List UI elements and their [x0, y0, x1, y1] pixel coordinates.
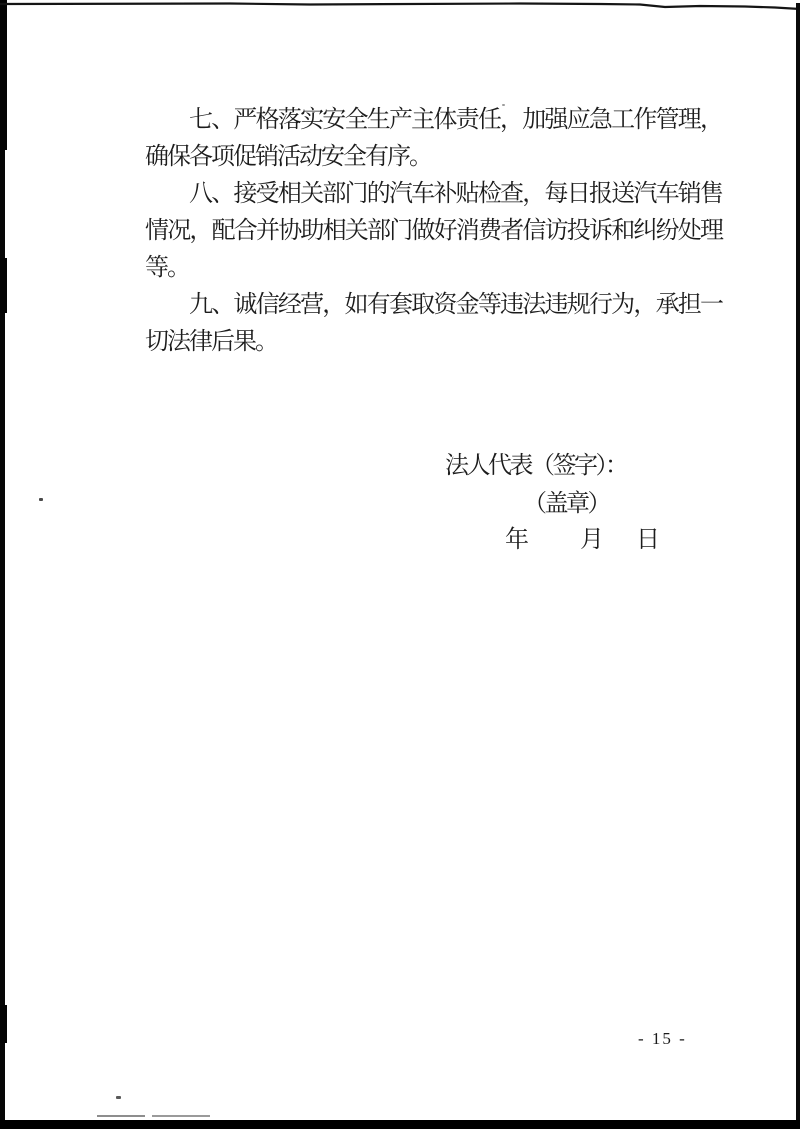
date-month-label: 月	[580, 527, 602, 553]
signature-seal-line: （盖章）	[523, 483, 609, 518]
page-number: - 15 -	[638, 1029, 687, 1049]
paragraph-item-9: 九、诚信经营，如有套取资金等违法违规行为，承担一切法律后果。	[145, 287, 722, 361]
scan-border-left-notch	[0, 1005, 7, 1043]
document-body: 七、严格落实安全生产主体责任，加强应急工作管理，确保各项促销活动安全有序。 八、…	[145, 102, 722, 361]
scan-speck	[39, 498, 43, 501]
paragraph-item-7: 七、严格落实安全生产主体责任，加强应急工作管理，确保各项促销活动安全有序。	[145, 102, 722, 176]
scan-border-left-notch	[0, 0, 7, 150]
date-day-label: 日	[636, 527, 658, 553]
scan-border-top	[0, 0, 800, 14]
scan-noise-dash	[152, 1115, 210, 1117]
scan-border-left	[0, 0, 5, 1129]
signature-date-line: 年 月 日	[505, 519, 658, 554]
scan-noise-dash	[97, 1115, 145, 1117]
scanned-document-page: 七、严格落实安全生产主体责任，加强应急工作管理，确保各项促销活动安全有序。 八、…	[0, 0, 800, 1129]
date-year-label: 年	[505, 527, 527, 553]
signature-representative-line: 法人代表（签字）：	[445, 445, 627, 480]
scan-border-right	[796, 3, 800, 1129]
scan-border-left-notch	[0, 258, 7, 313]
paragraph-item-8: 八、接受相关部门的汽车补贴检查，每日报送汽车销售情况，配合并协助相关部门做好消费…	[145, 176, 722, 287]
scan-speck	[116, 1096, 121, 1099]
scan-border-bottom	[0, 1120, 800, 1129]
